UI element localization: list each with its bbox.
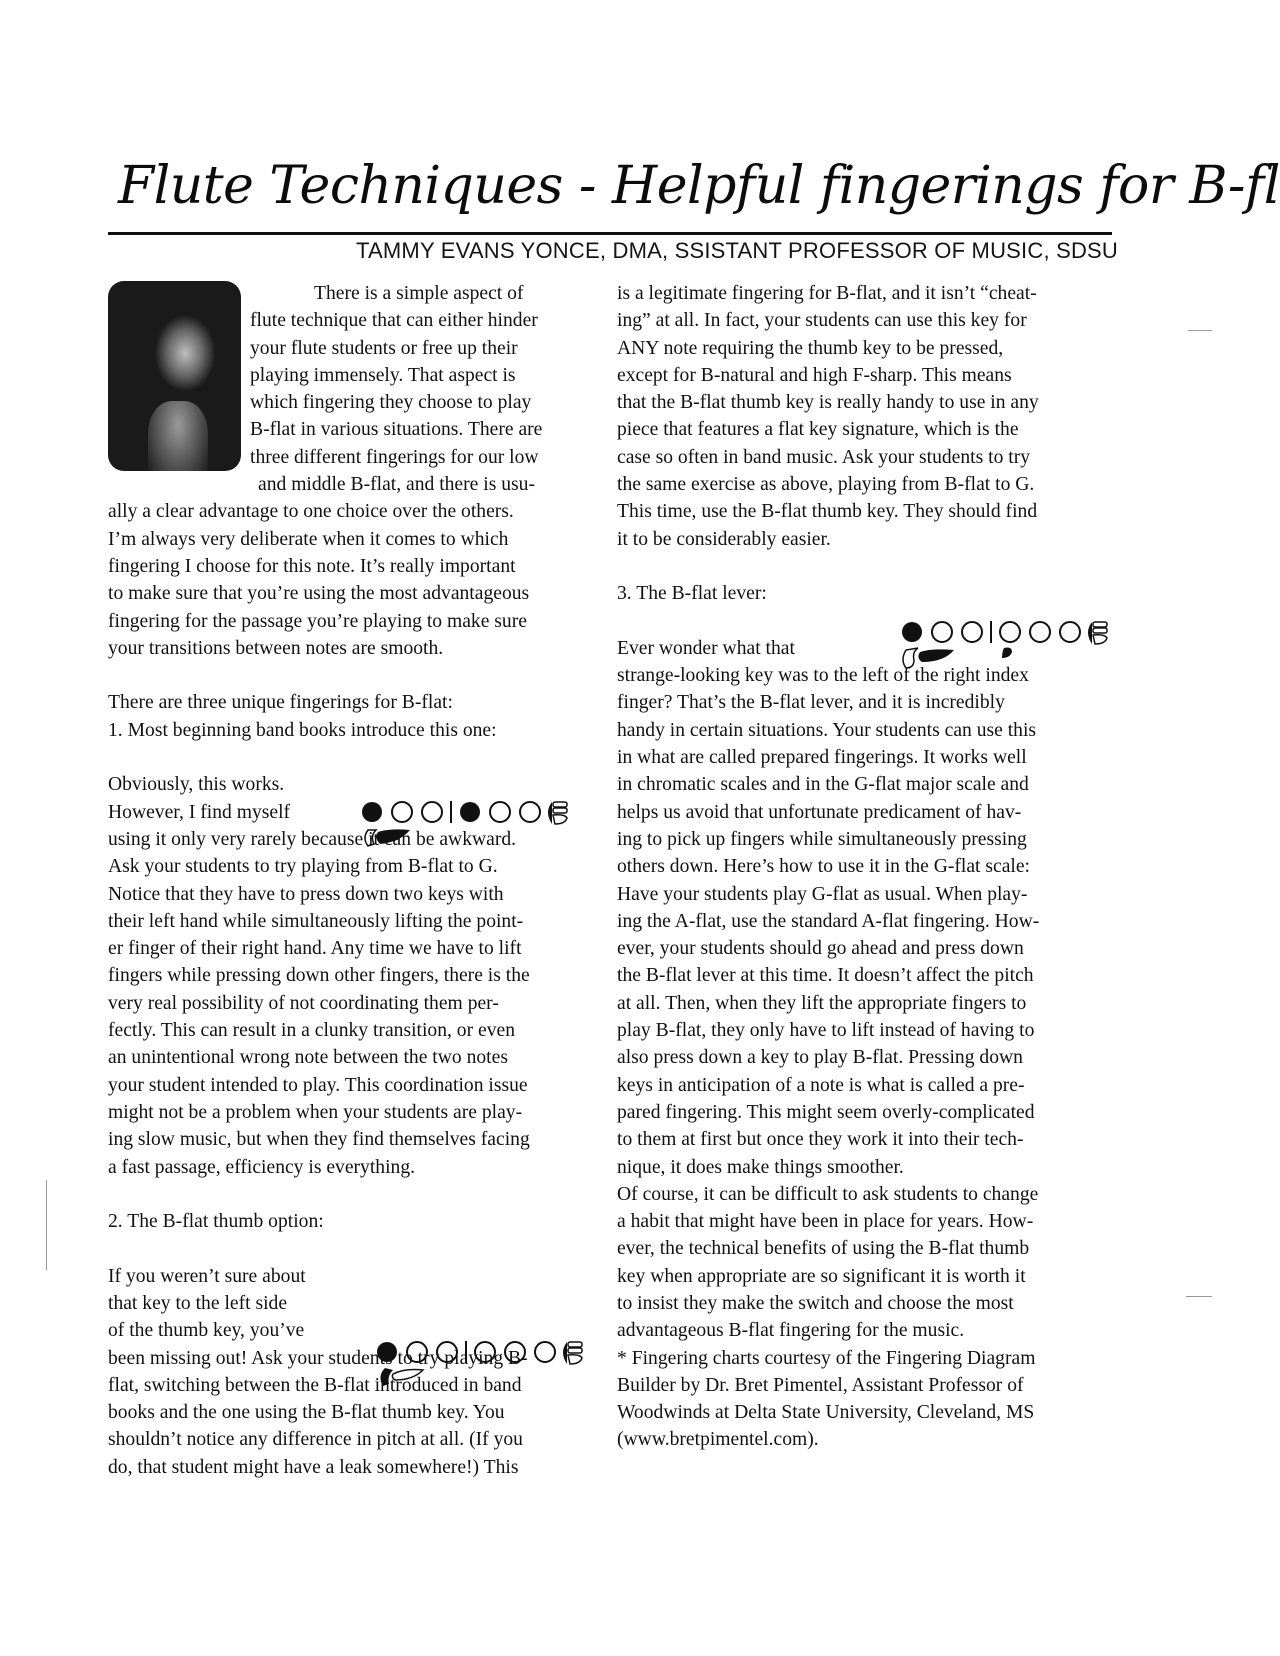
fingering-diagram-lever	[900, 620, 1130, 675]
margin-mark	[1188, 330, 1212, 331]
text-line: ever, the technical benefits of using th…	[617, 1235, 1117, 1262]
left-column: There is a simple aspect of flute techni…	[108, 280, 608, 1481]
text-line: Ask your students to try playing from B-…	[108, 853, 608, 880]
text-line: case so often in band music. Ask your st…	[617, 444, 1117, 471]
text-line: finger? That’s the B-flat lever, and it …	[617, 689, 1117, 716]
text-line: it to be considerably easier.	[617, 526, 1117, 553]
text-line: that key to the left side	[108, 1290, 608, 1317]
text-line: fingering I choose for this note. It’s r…	[108, 553, 608, 580]
text-line: books and the one using the B-flat thumb…	[108, 1399, 608, 1426]
title-rule	[108, 232, 1112, 235]
text-line: a fast passage, efficiency is everything…	[108, 1154, 608, 1181]
right-column: is a legitimate fingering for B-flat, an…	[617, 280, 1117, 1454]
text-line: ANY note requiring the thumb key to be p…	[617, 335, 1117, 362]
text-line: Of course, it can be difficult to ask st…	[617, 1181, 1117, 1208]
text-line: playing immensely. That aspect is	[108, 362, 608, 389]
text-line: Obviously, this works.	[108, 771, 608, 798]
text-line: to make sure that you’re using the most …	[108, 580, 608, 607]
text-line: helps us avoid that unfortunate predicam…	[617, 799, 1117, 826]
blank-line	[108, 1235, 608, 1262]
text-line: do, that student might have a leak somew…	[108, 1454, 608, 1481]
text-line: to insist they make the switch and choos…	[617, 1290, 1117, 1317]
text-line: a habit that might have been in place fo…	[617, 1208, 1117, 1235]
footnote-line: Builder by Dr. Bret Pimentel, Assistant …	[617, 1372, 1117, 1399]
text-line: fectly. This can result in a clunky tran…	[108, 1017, 608, 1044]
text-line: shouldn’t notice any difference in pitch…	[108, 1426, 608, 1453]
text-line: Notice that they have to press down two …	[108, 881, 608, 908]
text-line: fingers while pressing down other finger…	[108, 962, 608, 989]
text-line: at all. Then, when they lift the appropr…	[617, 990, 1117, 1017]
text-line: nique, it does make things smoother.	[617, 1154, 1117, 1181]
text-line: B-flat in various situations. There are	[108, 416, 608, 443]
text-line: handy in certain situations. Your studen…	[617, 717, 1117, 744]
text-line: There are three unique fingerings for B-…	[108, 689, 608, 716]
text-line: your flute students or free up their	[108, 335, 608, 362]
section-heading: 3. The B-flat lever:	[617, 580, 1117, 607]
text-line: I’m always very deliberate when it comes…	[108, 526, 608, 553]
text-line: is a legitimate fingering for B-flat, an…	[617, 280, 1117, 307]
text-line: except for B-natural and high F-sharp. T…	[617, 362, 1117, 389]
text-line: the same exercise as above, playing from…	[617, 471, 1117, 498]
text-line: in what are called prepared fingerings. …	[617, 744, 1117, 771]
blank-line	[617, 553, 1117, 580]
blank-line	[108, 662, 608, 689]
text-line: ever, your students should go ahead and …	[617, 935, 1117, 962]
text-line: er finger of their right hand. Any time …	[108, 935, 608, 962]
text-line: your transitions between notes are smoot…	[108, 635, 608, 662]
text-line: keys in anticipation of a note is what i…	[617, 1072, 1117, 1099]
text-line: the B-flat lever at this time. It doesn’…	[617, 962, 1117, 989]
text-line: and middle B-flat, and there is usu-	[108, 471, 608, 498]
text-line: key when appropriate are so significant …	[617, 1263, 1117, 1290]
text-line: very real possibility of not coordinatin…	[108, 990, 608, 1017]
text-line: their left hand while simultaneously lif…	[108, 908, 608, 935]
text-line: ing” at all. In fact, your students can …	[617, 307, 1117, 334]
text-line: an unintentional wrong note between the …	[108, 1044, 608, 1071]
text-line: ing to pick up fingers while simultaneou…	[617, 826, 1117, 853]
text-line: There is a simple aspect of	[108, 280, 608, 307]
text-line: others down. Here’s how to use it in the…	[617, 853, 1117, 880]
text-line: also press down a key to play B-flat. Pr…	[617, 1044, 1117, 1071]
text-line: your student intended to play. This coor…	[108, 1072, 608, 1099]
text-line: If you weren’t sure about	[108, 1263, 608, 1290]
text-line: This time, use the B-flat thumb key. The…	[617, 498, 1117, 525]
text-line: Have your students play G-flat as usual.…	[617, 881, 1117, 908]
text-line: ing the A-flat, use the standard A-flat …	[617, 908, 1117, 935]
blank-line	[108, 744, 608, 771]
footnote-line: (www.bretpimentel.com).	[617, 1426, 1117, 1453]
text-line: flute technique that can either hinder	[108, 307, 608, 334]
margin-mark	[46, 1180, 47, 1270]
blank-line	[108, 1181, 608, 1208]
text-line: in chromatic scales and in the G-flat ma…	[617, 771, 1117, 798]
margin-mark	[1186, 1296, 1212, 1297]
text-line: play B-flat, they only have to lift inst…	[617, 1017, 1117, 1044]
text-line: ally a clear advantage to one choice ove…	[108, 498, 608, 525]
fingering-diagram-thumb	[375, 1340, 625, 1390]
text-line: pared fingering. This might seem overly-…	[617, 1099, 1117, 1126]
text-line: advantageous B-flat fingering for the mu…	[617, 1317, 1117, 1344]
author-byline: TAMMY EVANS YONCE, DMA, SSISTANT PROFESS…	[258, 238, 1118, 264]
text-line: 1. Most beginning band books introduce t…	[108, 717, 608, 744]
text-line: that the B-flat thumb key is really hand…	[617, 389, 1117, 416]
text-line: ing slow music, but when they find thems…	[108, 1126, 608, 1153]
text-line: which fingering they choose to play	[108, 389, 608, 416]
footnote-line: * Fingering charts courtesy of the Finge…	[617, 1345, 1117, 1372]
page-title: Flute Techniques - Helpful fingerings fo…	[118, 150, 1108, 222]
text-line: might not be a problem when your student…	[108, 1099, 608, 1126]
section-heading: 2. The B-flat thumb option:	[108, 1208, 608, 1235]
text-line: fingering for the passage you’re playing…	[108, 608, 608, 635]
text-line: three different fingerings for our low	[108, 444, 608, 471]
text-line: piece that features a flat key signature…	[617, 416, 1117, 443]
text-line: to them at first but once they work it i…	[617, 1126, 1117, 1153]
footnote-line: Woodwinds at Delta State University, Cle…	[617, 1399, 1117, 1426]
fingering-diagram-band-book	[360, 800, 620, 850]
